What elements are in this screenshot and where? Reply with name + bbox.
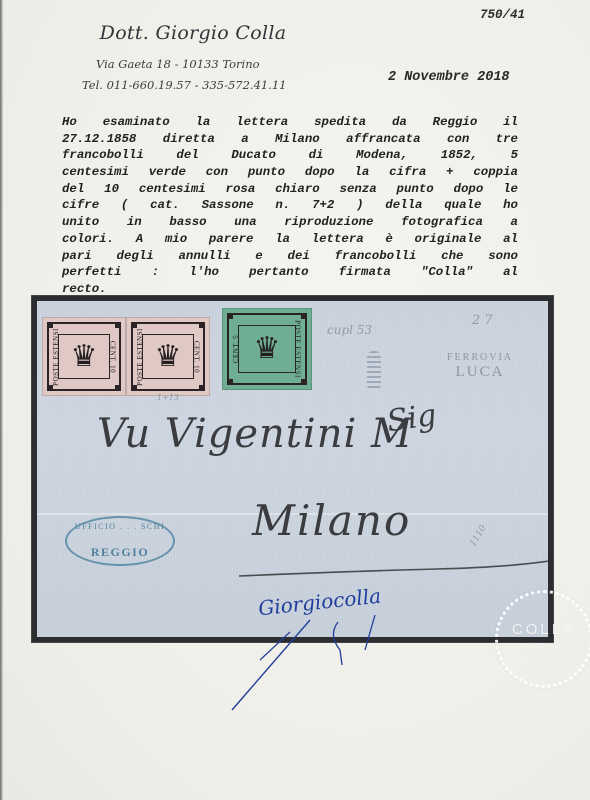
body-line: pari degli annulli e dei francobolli che… xyxy=(62,248,518,265)
body-line: unito in basso una riproduzione fotograf… xyxy=(62,214,518,231)
body-line: perfetti : l'ho pertanto firmata "Colla"… xyxy=(62,264,518,281)
underline-flourish xyxy=(237,551,548,581)
body-line: Ho esaminato la lettera spedita da Reggi… xyxy=(62,114,518,131)
body-line: centesimi verde con punto dopo la cifra … xyxy=(62,164,518,181)
letterhead-name: Dott. Giorgio Colla xyxy=(93,22,293,44)
stamp-10c-pink-right: ♛ POSTE ESTENSI CENT. 10 xyxy=(126,317,210,396)
eagle-crest-icon: ♛ xyxy=(155,342,182,372)
letterhead-address: Via Gaeta 18 - 10133 Torino xyxy=(96,57,260,71)
scan-edge-shadow xyxy=(0,0,3,800)
letter-sheet: ♛ POSTE ESTENSI CENT. 10 ♛ POSTE ESTENSI… xyxy=(37,301,548,637)
oval-cancel-reggio: UFFICIO . . . SCHI REGGIO xyxy=(65,516,175,566)
body-line: cifre ( cat. Sassone n. 7+2 ) della qual… xyxy=(62,197,518,214)
grid-cancel xyxy=(367,351,381,391)
certificate-body: Ho esaminato la lettera spedita da Reggi… xyxy=(62,114,518,298)
handwritten-addressee: Vu Vigentini M xyxy=(97,411,413,457)
pencil-note: 1110 xyxy=(468,524,488,549)
body-line: francobolli del Ducato di Modena, 1852, … xyxy=(62,147,518,164)
stamp-5c-green: ♛ CENT. 5 POSTE ESTENSI xyxy=(222,308,312,390)
pencil-note: 2 7 xyxy=(472,313,493,328)
eagle-crest-icon: ♛ xyxy=(254,334,281,364)
eagle-crest-icon: ♛ xyxy=(71,342,98,372)
pencil-note: cupl 53 xyxy=(327,323,372,337)
embossed-seal: COLLA TORINO xyxy=(495,590,590,688)
certificate-date: 2 Novembre 2018 xyxy=(388,70,510,85)
stamp-10c-pink-left: ♛ POSTE ESTENSI CENT. 10 xyxy=(42,317,126,396)
body-line: del 10 centesimi rosa chiaro senza punto… xyxy=(62,181,518,198)
certificate-reference: 750/41 xyxy=(480,8,525,22)
pencil-note: 1+13 xyxy=(157,393,179,402)
body-line: 27.12.1858 diretta a Milano affrancata c… xyxy=(62,131,518,148)
cover-photograph: ♛ POSTE ESTENSI CENT. 10 ♛ POSTE ESTENSI… xyxy=(32,296,553,642)
straight-line-handstamp: FERROVIA LUCA xyxy=(447,351,513,379)
handwritten-city: Milano xyxy=(252,496,411,545)
body-line: colori. A mio parere la lettera è origin… xyxy=(62,231,518,248)
letterhead-phone: Tel. 011-660.19.57 - 335-572.41.11 xyxy=(82,78,287,92)
signature-flourish xyxy=(220,610,420,720)
